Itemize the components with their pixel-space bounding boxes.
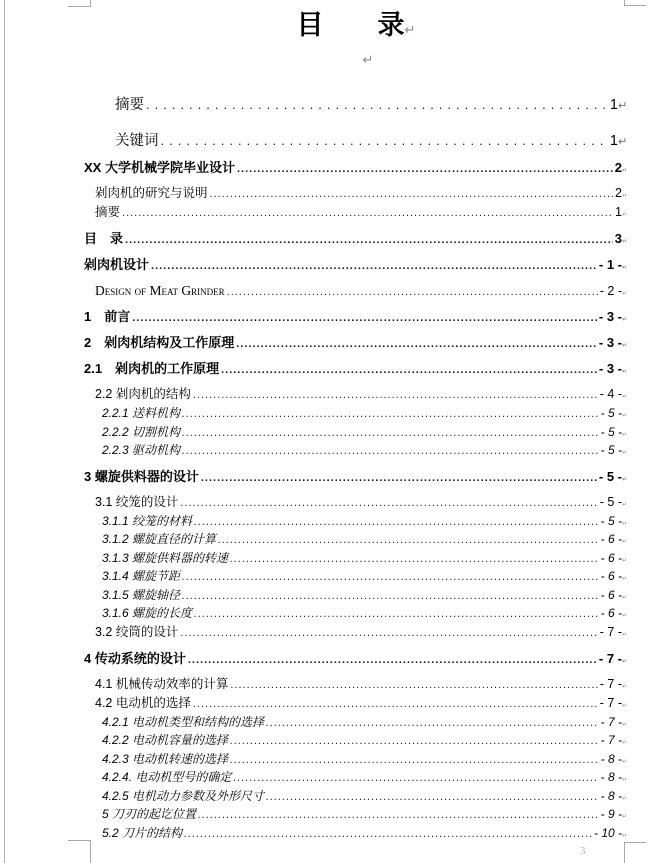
toc-entry[interactable]: 4.2.1 电动机类型和结构的选择.......................… (84, 713, 628, 732)
paragraph-mark-icon: ↵ (622, 362, 628, 381)
toc-page-number: 1 (610, 95, 618, 115)
paragraph-mark-icon: ↵ (622, 625, 628, 644)
page-edge-line (4, 0, 5, 863)
paragraph-mark-icon: ↵ (622, 570, 628, 589)
dot-leader: ........................................… (180, 624, 597, 643)
toc-entry-label: 3.1.6 螺旋的长度 (102, 604, 192, 623)
toc-entry[interactable]: 4.2.3 电动机转速的选择..........................… (84, 750, 628, 769)
paragraph-mark-icon: ↵ (405, 23, 416, 38)
toc-entry-label: 摘要 (115, 95, 144, 115)
toc-entry-label: 摘要 (95, 203, 120, 222)
toc-entry-label: 3.1 绞笼的设计 (95, 493, 178, 512)
dot-leader: ........................................… (230, 550, 599, 569)
paragraph-mark-icon: ↵ (622, 589, 628, 608)
paragraph-mark-icon: ↵ (622, 533, 628, 552)
toc-entry[interactable]: 目 录.....................................… (84, 229, 628, 248)
crop-mark-top-left-icon (68, 0, 91, 7)
toc-entry-label: XX 大学机械学院毕业设计 (84, 158, 235, 177)
paragraph-mark-icon: ↵ (622, 677, 628, 696)
toc-page-number: - 4 - (600, 385, 622, 404)
paragraph-mark-icon: ↵ (622, 495, 628, 514)
paragraph-mark-icon: ↵ (618, 96, 628, 116)
toc-page-number: - 8 - (601, 768, 622, 787)
crop-mark-bottom-right-icon (624, 842, 646, 863)
toc-page-number: - 7 - (600, 675, 622, 694)
toc-entry[interactable]: 4 传动系统的设计...............................… (84, 649, 628, 668)
dot-leader: ........................................… (182, 568, 599, 587)
toc-page-number: - 8 - (601, 787, 622, 806)
toc-entry-label: 4 传动系统的设计 (84, 649, 186, 668)
toc-entry-label: 3.1.1 绞笼的材料 (102, 512, 192, 531)
toc-entry-label: 2.2.3 驱动机构 (102, 441, 180, 460)
toc-page-number: - 3 - (599, 307, 622, 326)
toc-entry[interactable]: 2.1 剁肉机的工作原理............................… (84, 359, 628, 378)
toc-entry-label: 1 前言 (84, 307, 130, 326)
dot-leader: ........................................… (188, 651, 597, 670)
toc-entry[interactable]: Design of Meat Grinder..................… (84, 281, 628, 300)
paragraph-mark-icon: ↵ (618, 132, 628, 152)
paragraph-mark-icon: ↵ (622, 552, 628, 571)
dot-leader: ........................................… (198, 806, 599, 825)
toc-page-number: 2 (615, 158, 622, 177)
toc-entry-label: 5.2 刀片的结构 (102, 824, 182, 843)
paragraph-mark-icon: ↵ (622, 284, 628, 303)
toc-page-number: - 5 - (601, 423, 622, 442)
paragraph-mark-icon: ↵ (622, 161, 628, 180)
toc-page-number: - 6 - (601, 530, 622, 549)
toc-entry[interactable]: 3.1.5 螺旋轴径..............................… (84, 586, 628, 605)
dot-leader: ........................................… (201, 469, 597, 488)
toc-entry[interactable]: 3.1.1 绞笼的材料.............................… (84, 512, 628, 531)
toc-page-number: - 5 - (601, 404, 622, 423)
toc-entry[interactable]: 4.1 机械传动效率的计算...........................… (84, 675, 628, 694)
toc-page-number: - 3 - (599, 359, 622, 378)
toc-page-number: - 8 - (601, 750, 622, 769)
paragraph-mark-icon: ↵ (622, 607, 628, 626)
toc-entry-label: 3.1.2 螺旋直径的计算 (102, 530, 216, 549)
toc-entry-label: 4.2.5 电机动力参数及外形尺寸 (102, 787, 264, 806)
footer-page-number: 3 (580, 845, 586, 857)
paragraph-mark-icon: ↵ (363, 53, 374, 68)
toc-entry[interactable]: 5 刀刃的起讫位置...............................… (84, 805, 628, 824)
toc-entry[interactable]: 关键词.....................................… (84, 131, 628, 151)
dot-leader: ........................................… (266, 714, 599, 733)
toc-page-number: - 6 - (601, 604, 622, 623)
paragraph-mark-icon: ↵ (622, 232, 628, 251)
dot-leader: ........................................… (236, 335, 597, 354)
toc-entry-label: 3.2 绞筒的设计 (95, 623, 178, 642)
toc-page-number: - 10 - (594, 824, 622, 843)
dot-leader: ........................................… (266, 788, 599, 807)
toc-entry-label: 3.1.5 螺旋轴径 (102, 586, 180, 605)
paragraph-mark-icon: ↵ (622, 716, 628, 735)
toc-entry[interactable]: 2.2.2 切割机构..............................… (84, 423, 628, 442)
toc-entry[interactable]: 摘要......................................… (84, 203, 628, 222)
paragraph-mark-icon: ↵ (622, 753, 628, 772)
dot-leader: ........................................… (194, 513, 599, 532)
toc-entry[interactable]: 2.2.3 驱动机构..............................… (84, 441, 628, 460)
toc-entry-label: 剁肉机的研究与说明 (95, 184, 208, 203)
toc-entry-label: 2.1 剁肉机的工作原理 (84, 359, 219, 378)
toc-entry[interactable]: 2.2 剁肉机的结构..............................… (84, 385, 628, 404)
toc-entry[interactable]: 4.2 电动机的选择..............................… (84, 694, 628, 713)
toc-page-number: - 3 - (599, 333, 622, 352)
toc-entry[interactable]: 3.1.2 螺旋直径的计算...........................… (84, 530, 628, 549)
toc-page-number: - 5 - (599, 467, 622, 486)
dot-leader: ........................................… (230, 732, 599, 751)
paragraph-mark-icon: ↵ (622, 310, 628, 329)
document-title[interactable]: 目 录↵ (84, 8, 628, 42)
crop-mark-bottom-left-icon (68, 840, 91, 863)
dot-leader: ........................................… (184, 825, 592, 844)
paragraph-mark-icon: ↵ (622, 407, 628, 426)
toc-entry-label: 剁肉机设计 (84, 255, 149, 274)
toc-entry-label: 2.2.1 送料机构 (102, 404, 180, 423)
paragraph-mark-icon: ↵ (622, 790, 628, 809)
dot-leader: ........................................… (180, 494, 597, 513)
dot-leader: ........................................… (146, 95, 608, 115)
toc-entry-label: 2 剁肉机结构及工作原理 (84, 333, 234, 352)
toc-entry-label: 目 录 (84, 229, 123, 248)
toc-entry-label: Design of Meat Grinder (95, 281, 225, 300)
toc-entry[interactable]: 摘要......................................… (84, 95, 628, 115)
toc-page-number: - 7 - (601, 731, 622, 750)
paragraph-mark-icon: ↵ (622, 652, 628, 671)
toc-page-number: 1 (615, 203, 622, 222)
toc-entry-label: 5 刀刃的起讫位置 (102, 805, 196, 824)
dot-leader: ........................................… (233, 769, 598, 788)
dot-leader: ........................................… (230, 676, 597, 695)
toc-entry[interactable]: 4.2.2 电动机容量的选择..........................… (84, 731, 628, 750)
toc-entry-label: 3.1.3 螺旋供料器的转速 (102, 549, 228, 568)
toc-entry-label: 4.2 电动机的选择 (95, 694, 191, 713)
toc-page-number: - 5 - (600, 493, 622, 512)
paragraph-mark-icon: ↵ (622, 258, 628, 277)
dot-leader: ........................................… (182, 442, 599, 461)
paragraph-mark-icon: ↵ (622, 387, 628, 406)
toc-entry[interactable]: 剁肉机的研究与说明...............................… (84, 184, 628, 203)
toc-entry-label: 4.2.2 电动机容量的选择 (102, 731, 228, 750)
toc-entry[interactable]: 3.1 绞笼的设计...............................… (84, 493, 628, 512)
toc-entry-label: 4.2.3 电动机转速的选择 (102, 750, 228, 769)
toc-entry[interactable]: 4.2.4. 电动机型号的确定.........................… (84, 768, 628, 787)
toc-entry[interactable]: 2 剁肉机结构及工作原理............................… (84, 333, 628, 352)
paragraph-mark-icon: ↵ (622, 808, 628, 827)
toc-entry-label: 2.2.2 切割机构 (102, 423, 180, 442)
toc-entry[interactable]: 3.2 绞筒的设计...............................… (84, 623, 628, 642)
toc-page-number: - 7 - (599, 649, 622, 668)
crop-mark-top-right-icon (624, 0, 646, 6)
paragraph-mark-icon: ↵ (622, 515, 628, 534)
toc-entry-label: 4.2.1 电动机类型和结构的选择 (102, 713, 264, 732)
toc-page-number: - 7 - (600, 623, 622, 642)
dot-leader: ........................................… (210, 185, 614, 204)
toc-entry[interactable]: 剁肉机设计...................................… (84, 255, 628, 274)
toc-page-number: - 5 - (601, 512, 622, 531)
toc-entry-label: 3 螺旋供料器的设计 (84, 467, 199, 486)
toc-entry-label: 4.1 机械传动效率的计算 (95, 675, 228, 694)
page-content: 目 录↵ ↵ 摘要...............................… (84, 8, 628, 842)
paragraph-mark-icon: ↵ (622, 186, 628, 205)
toc-entry[interactable]: 1 前言....................................… (84, 307, 628, 326)
dot-leader: ........................................… (237, 160, 613, 179)
empty-paragraph[interactable]: ↵ (84, 52, 628, 68)
toc-entry-label: 4.2.4. 电动机型号的确定 (102, 768, 231, 787)
paragraph-mark-icon: ↵ (622, 336, 628, 355)
dot-leader: ........................................… (182, 587, 599, 606)
paragraph-mark-icon: ↵ (622, 771, 628, 790)
dot-leader: ........................................… (227, 283, 598, 302)
toc-entry[interactable]: 3 螺旋供料器的设计..............................… (84, 467, 628, 486)
toc-page-number: - 5 - (601, 441, 622, 460)
toc-page-number: - 7 - (601, 713, 622, 732)
toc-entry-label: 3.1.4 螺旋节距 (102, 567, 180, 586)
dot-leader: ........................................… (230, 751, 599, 770)
toc-entry-label: 关键词 (115, 131, 159, 151)
toc-page-number: - 7 - (600, 694, 622, 713)
dot-leader: ........................................… (221, 361, 597, 380)
toc-page-number: - 6 - (601, 549, 622, 568)
toc-page-number: - 2 - (600, 282, 622, 301)
dot-leader: ........................................… (193, 386, 598, 405)
toc-entry[interactable]: 2.2.1 送料机构..............................… (84, 404, 628, 423)
table-of-contents: 摘要......................................… (84, 95, 628, 842)
dot-leader: ........................................… (194, 605, 599, 624)
toc-page-number: - 6 - (601, 586, 622, 605)
dot-leader: ........................................… (218, 531, 599, 550)
paragraph-mark-icon: ↵ (622, 470, 628, 489)
dot-leader: ........................................… (122, 204, 613, 223)
document-title-text: 目 录 (297, 10, 405, 40)
paragraph-mark-icon: ↵ (622, 734, 628, 753)
dot-leader: ........................................… (125, 231, 613, 250)
dot-leader: ........................................… (151, 257, 597, 276)
toc-entry[interactable]: 5.2 刀片的结构...............................… (84, 824, 628, 843)
toc-page-number: - 1 - (599, 255, 622, 274)
toc-entry[interactable]: 4.2.5 电机动力参数及外形尺寸.......................… (84, 787, 628, 806)
toc-entry[interactable]: 3.1.6 螺旋的长度.............................… (84, 604, 628, 623)
paragraph-mark-icon: ↵ (622, 696, 628, 715)
toc-entry[interactable]: 3.1.3 螺旋供料器的转速..........................… (84, 549, 628, 568)
paragraph-mark-icon: ↵ (622, 426, 628, 445)
dot-leader: ........................................… (161, 131, 608, 151)
word-document-page: 目 录↵ ↵ 摘要...............................… (0, 0, 670, 863)
toc-entry[interactable]: 3.1.4 螺旋节距..............................… (84, 567, 628, 586)
paragraph-mark-icon: ↵ (622, 205, 628, 224)
toc-page-number: 2 (615, 184, 622, 203)
dot-leader: ........................................… (193, 695, 598, 714)
dot-leader: ........................................… (182, 424, 599, 443)
toc-page-number: 1 (610, 131, 618, 151)
toc-page-number: 3 (615, 229, 622, 248)
paragraph-mark-icon: ↵ (622, 827, 628, 846)
toc-entry-label: 2.2 剁肉机的结构 (95, 385, 191, 404)
toc-page-number: - 6 - (601, 567, 622, 586)
dot-leader: ........................................… (182, 405, 599, 424)
toc-page-number: - 9 - (601, 805, 622, 824)
toc-entry[interactable]: XX 大学机械学院毕业设计...........................… (84, 158, 628, 177)
paragraph-mark-icon: ↵ (622, 444, 628, 463)
dot-leader: ........................................… (132, 309, 597, 328)
